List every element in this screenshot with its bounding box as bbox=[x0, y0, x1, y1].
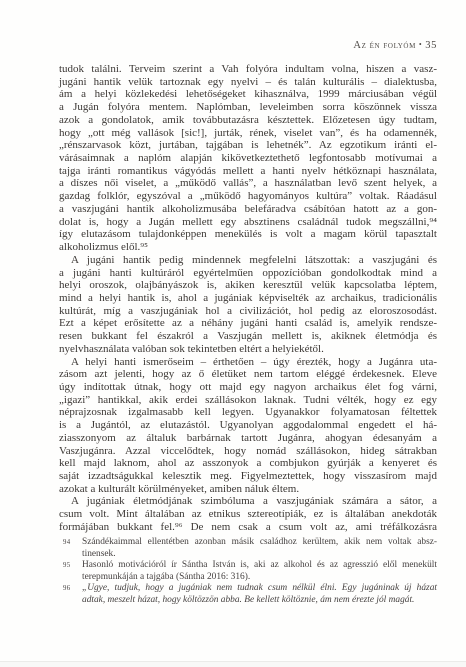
text-line: ziasszonyom az általuk barbárnak tartott… bbox=[59, 432, 437, 445]
text-line: néprajzosnak izgalmasabb kell legyen. Ug… bbox=[59, 406, 437, 419]
text-line: így elutazásom tulajdonképpen menekülés … bbox=[59, 228, 437, 241]
text-line: azok a gondolatok, amik továbbutazásra k… bbox=[59, 114, 437, 127]
text-line: „Ugye, tudjuk, hogy a jugániak nem tudna… bbox=[82, 583, 437, 595]
footnote-number: 96 bbox=[63, 583, 70, 595]
paragraph: A jugániak életmódjának szimbóluma a vas… bbox=[59, 495, 437, 533]
text-line: saját izzadtságukkal kelesztik meg. Figy… bbox=[59, 470, 437, 483]
text-line: resen bukkant fel északról a Vaszjugán m… bbox=[59, 330, 437, 343]
text-line: ám a helyi közlekedési lehetőségeket kih… bbox=[59, 88, 437, 101]
body-text: tudok találni. Terveim szerint a Vah fol… bbox=[59, 63, 437, 534]
text-line: tajga iránti romantikus vágyódás mellett… bbox=[59, 165, 437, 178]
text-line: csum volt. Mint általában az etnikus szt… bbox=[59, 508, 437, 521]
running-header: Az én folyóm•35 bbox=[59, 40, 437, 51]
footnote: 96„Ugye, tudjuk, hogy a jugániak nem tud… bbox=[59, 583, 437, 606]
text-line: nyelvhasználata valóban sok tekintetben … bbox=[59, 343, 437, 356]
page-number: 35 bbox=[425, 40, 437, 51]
text-line: alkoholizmus elől.⁹⁵ bbox=[59, 241, 437, 254]
text-line: A jugáni hantik pedig mindennek megfelel… bbox=[59, 254, 437, 267]
text-line: Hasonló motivációról ír Sántha István is… bbox=[82, 560, 437, 572]
text-line: A jugániak életmódjának szimbóluma a vas… bbox=[59, 495, 437, 508]
text-line: jugáni hantik velük tartoznak egy nyelvi… bbox=[59, 76, 437, 89]
text-line: kultúrát, míg a vaszjugániak hol a civil… bbox=[59, 305, 437, 318]
text-line: adtak, meszelt házat, hogy költözzön abb… bbox=[82, 595, 437, 607]
footnote-number: 95 bbox=[63, 560, 70, 572]
paragraph: tudok találni. Terveim szerint a Vah fol… bbox=[59, 63, 437, 254]
text-line: is a Jugántól, az elutazástól. Ugyanolya… bbox=[59, 419, 437, 432]
text-line: azokat a kulturált körülményeket, amiben… bbox=[59, 483, 437, 496]
paragraph: A jugáni hantik pedig mindennek megfelel… bbox=[59, 254, 437, 356]
text-line: dolat is, hogy a Jugán mellett egy abszt… bbox=[59, 216, 437, 229]
text-line: tudok találni. Terveim szerint a Vah fol… bbox=[59, 63, 437, 76]
text-line: „igazi” hantikkal, akik erdei szállásoko… bbox=[59, 394, 437, 407]
paragraph: A helyi hanti ismerőseim – érthetően – ú… bbox=[59, 356, 437, 496]
text-line: a vaszjugáni hantik alkoholizmusába bele… bbox=[59, 203, 437, 216]
text-line: A helyi hanti ismerőseim – érthetően – ú… bbox=[59, 356, 437, 369]
header-bullet-separator: • bbox=[416, 40, 425, 49]
text-line: a Jugán folyóra mentem. Naplómban, level… bbox=[59, 101, 437, 114]
running-title: Az én folyóm bbox=[353, 40, 416, 51]
text-line: Ezt a képet erősítette az a néhány jugán… bbox=[59, 317, 437, 330]
text-line: terepmunkáján a tajgába (Sántha 2016: 31… bbox=[82, 572, 437, 584]
text-line: kell majd laknom, ahol az asszonyok a co… bbox=[59, 457, 437, 470]
footnote-number: 94 bbox=[63, 537, 70, 549]
text-line: formájában bukkant fel.⁹⁶ De nem csak a … bbox=[59, 521, 437, 534]
text-line: a díszes női viselet, a „működő vallás”,… bbox=[59, 177, 437, 190]
footnotes-section: 94Szándékaimmal ellentétben azonban mási… bbox=[59, 537, 437, 606]
text-line: a jugáni hanti kultúráról egyértelműen o… bbox=[59, 267, 437, 280]
footnote: 94Szándékaimmal ellentétben azonban mási… bbox=[59, 537, 437, 560]
text-line: úgy indítottak útnak, hogy ott majd egy … bbox=[59, 381, 437, 394]
text-line: hogy „ott még vallások [sic!], jurták, r… bbox=[59, 127, 437, 140]
text-line: „rénszarvasok közt, jurtában, tajgában i… bbox=[59, 139, 437, 152]
book-page: Az én folyóm•35 tudok találni. Terveim s… bbox=[0, 0, 466, 667]
footnote: 95Hasonló motivációról ír Sántha István … bbox=[59, 560, 437, 583]
text-line: Vaszjugánra. Azzal viccelődtek, hogy nom… bbox=[59, 445, 437, 458]
text-line: gazdag folklór, egyszóval a „működő hagy… bbox=[59, 190, 437, 203]
text-line: tinensek. bbox=[82, 549, 437, 561]
text-line: várásaimnak a naplóm alapján kikövetkezt… bbox=[59, 152, 437, 165]
text-line: mind a helyi hantik is, ahol a jugániak … bbox=[59, 292, 437, 305]
text-line: helyi oroszok, olajbányászok is, akiken … bbox=[59, 279, 437, 292]
text-line: Szándékaimmal ellentétben azonban másik … bbox=[82, 537, 437, 549]
text-line: zásom azt jelenti, hogy az ő életüket ne… bbox=[59, 368, 437, 381]
page-bottom-edge bbox=[0, 661, 466, 667]
